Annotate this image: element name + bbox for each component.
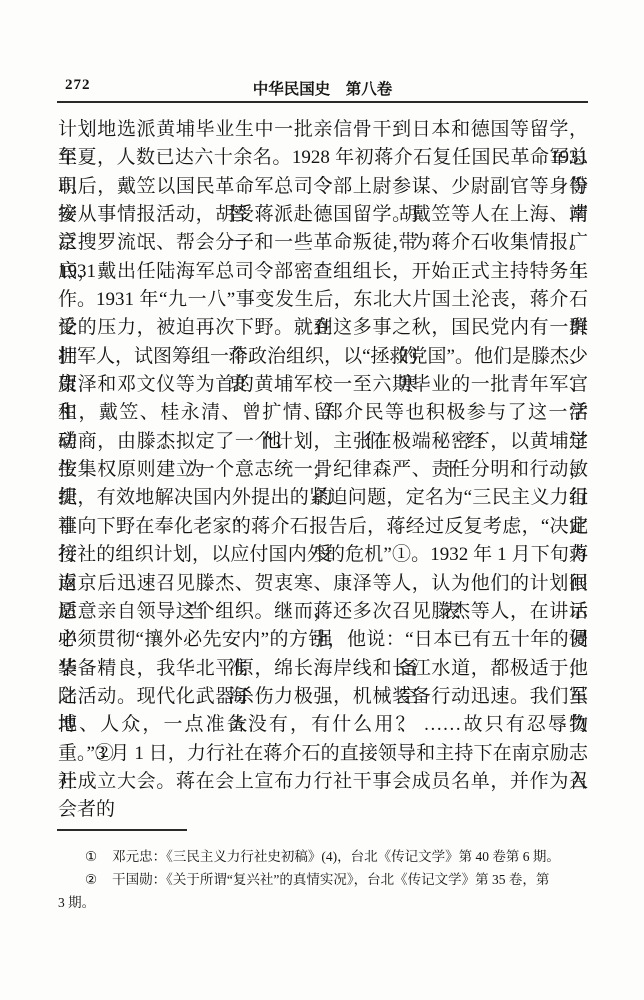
body-line: 安从事情报活动，胡受蒋派赴德国留学。戴笠等人在上海、南京一带广 — [58, 201, 588, 229]
body-line: 泛搜罗流氓、帮会分子和一些革命叛徒，为蒋介石收集情报。1931 年 — [58, 229, 588, 257]
body-line: 年夏，人数已达六十余名。1928 年初蒋介石复任国民革命军总司令等 — [58, 144, 588, 172]
body-line: 论的压力，被迫再次下野。就在这多事之秋，国民党内有一群拥蒋的少 — [58, 314, 588, 342]
body-line: 行社的组织计划，以应付国内外的危机”①。1932 年 1 月下旬蒋返回 — [58, 541, 588, 569]
body-line: 织，有效地解决国内外提出的紧迫问题，定名为“三民主义力行社”。此 — [58, 484, 588, 512]
footnotes: ①邓元忠：《三民主义力行社史初稿》(4)，台北《传记文学》第 40 卷第 6 期… — [58, 845, 590, 914]
body-line: 职后，戴笠以国民革命军总司令部上尉参谋、少尉副官等身份接替胡靖 — [58, 173, 588, 201]
footnote-2-continued: 3 期。 — [58, 891, 590, 914]
footnote-2: ②干国勋：《关于所谓“复兴社”的真情实况》，台北《传记文学》第 35 卷，第 — [58, 868, 590, 891]
body-line: 开成立大会。蒋在会上宣布力行社干事会成员名单，并作为入会者的 — [58, 768, 588, 796]
body-line: 壮军人，试图筹组一个政治组织，以“拯救党国”。他们是滕杰、贺衷寒、 — [58, 343, 588, 371]
body-line: 按集权原则建立一个意志统一，纪律森严、责任分明和行动敏捷的组 — [58, 456, 588, 484]
footnote-1-text: 邓元忠：《三民主义力行社史初稿》(4)，台北《传记文学》第 40 卷第 6 期。 — [112, 849, 560, 864]
body-line: 之活动。现代化武器杀伤力极强，机械装备行动迅速。我们虽地大、物 — [58, 683, 588, 711]
body-line: 装备精良，我华北平原，绵长海岸线和长江水道，都极适于他陆海空军 — [58, 655, 588, 683]
body-line: 事向下野在奉化老家的蒋介石报告后，蒋经过反复考虑，“决定接受力 — [58, 513, 588, 541]
body-line: 生，戴笠、桂永清、曾扩情、郑介民等也积极参与了这一活动。他们经过 — [58, 399, 588, 427]
footnote-1: ①邓元忠：《三民主义力行社史初稿》(4)，台北《传记文学》第 40 卷第 6 期… — [58, 845, 590, 868]
body-line: 博、人众，一点准备没有，有什么用？ ……故只有忍辱负重。”② — [58, 711, 588, 739]
footnote-2-text: 干国勋：《关于所谓“复兴社”的真情实况》，台北《传记文学》第 35 卷，第 — [112, 872, 549, 887]
header-rule — [57, 101, 588, 103]
body-line: 底，戴出任陆海军总司令部密查组组长，开始正式主持特务工作。 — [58, 258, 588, 286]
body-line: 必须贯彻“攘外必先安内”的方针，他说：“日本已有五十年的侵华准备， — [58, 626, 588, 654]
body-line: 3 月 1 日，力行社在蒋介石的直接领导和主持下在南京励志社召 — [58, 740, 588, 768]
footnote-separator — [57, 829, 187, 831]
body-line: 康泽和邓文仪等为首的黄埔军校一至六期毕业的一批青年军官和留学 — [58, 371, 588, 399]
page-header: 272 中华民国史 第八卷 — [57, 77, 588, 97]
body-line: 计划地选派黄埔毕业生中一批亲信骨干到日本和德国等留学，至 1931 — [58, 116, 588, 144]
body-text: 计划地选派黄埔毕业生中一批亲信骨干到日本和德国等留学，至 1931 年夏，人数已… — [58, 116, 588, 796]
running-title: 中华民国史 第八卷 — [57, 77, 588, 99]
body-line: 愿意亲自领导这个组织。继而蒋还多次召见滕杰等人，在讲话中强调 — [58, 598, 588, 626]
body-line: 磋商，由滕杰拟定了一个计划，主张在极端秘密下，以黄埔学生为骨干， — [58, 428, 588, 456]
book-page: 272 中华民国史 第八卷 计划地选派黄埔毕业生中一批亲信骨干到日本和德国等留学… — [0, 0, 644, 1000]
footnote-1-marker: ① — [85, 845, 97, 868]
body-line: 1931 年“九一八”事变发生后，东北大片国土沦丧，蒋介石受到舆 — [58, 286, 588, 314]
footnote-2-marker: ② — [85, 868, 97, 891]
body-line: 南京后迅速召见滕杰、贺衷寒、康泽等人，认为他们的计划很适当，表示 — [58, 570, 588, 598]
